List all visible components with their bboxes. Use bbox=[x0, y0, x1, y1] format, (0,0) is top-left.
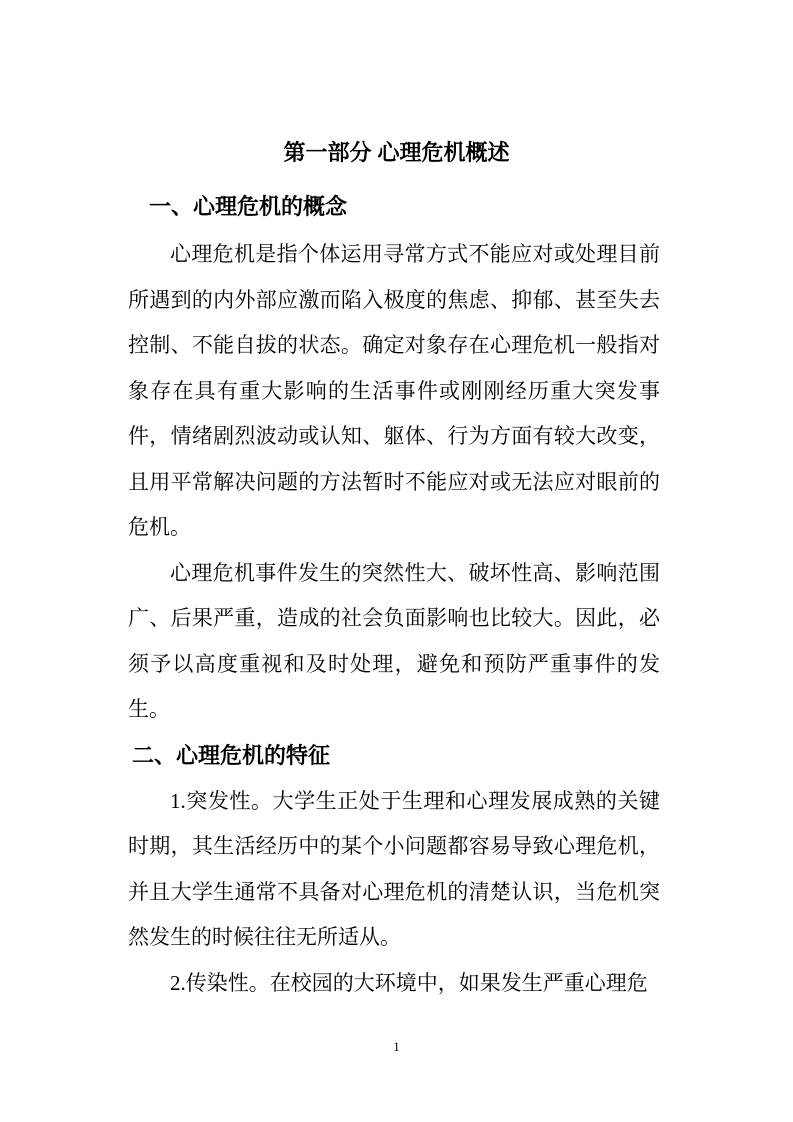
document-title: 第一部分 心理危机概述 bbox=[0, 130, 793, 176]
paragraph-characteristic-contagiousness: 2.传染性。在校园的大环境中，如果发生严重心理危 bbox=[128, 961, 660, 1007]
page-number: 1 bbox=[0, 1039, 793, 1055]
document-body: 一、心理危机的概念 心理危机是指个体运用寻常方式不能应对或处理目前所遇到的内外部… bbox=[128, 184, 660, 1006]
paragraph-concept-definition: 心理危机是指个体运用寻常方式不能应对或处理目前所遇到的内外部应激而陷入极度的焦虑… bbox=[128, 232, 660, 551]
paragraph-characteristic-suddenness: 1.突发性。大学生正处于生理和心理发展成熟的关键时期，其生活经历中的某个小问题都… bbox=[128, 779, 660, 961]
document-page: 第一部分 心理危机概述 一、心理危机的概念 心理危机是指个体运用寻常方式不能应对… bbox=[0, 0, 793, 1122]
section-heading-concept: 一、心理危机的概念 bbox=[128, 184, 660, 230]
section-heading-characteristics: 二、心理危机的特征 bbox=[128, 733, 660, 779]
paragraph-concept-impact: 心理危机事件发生的突然性大、破坏性高、影响范围广、后果严重，造成的社会负面影响也… bbox=[128, 551, 660, 733]
